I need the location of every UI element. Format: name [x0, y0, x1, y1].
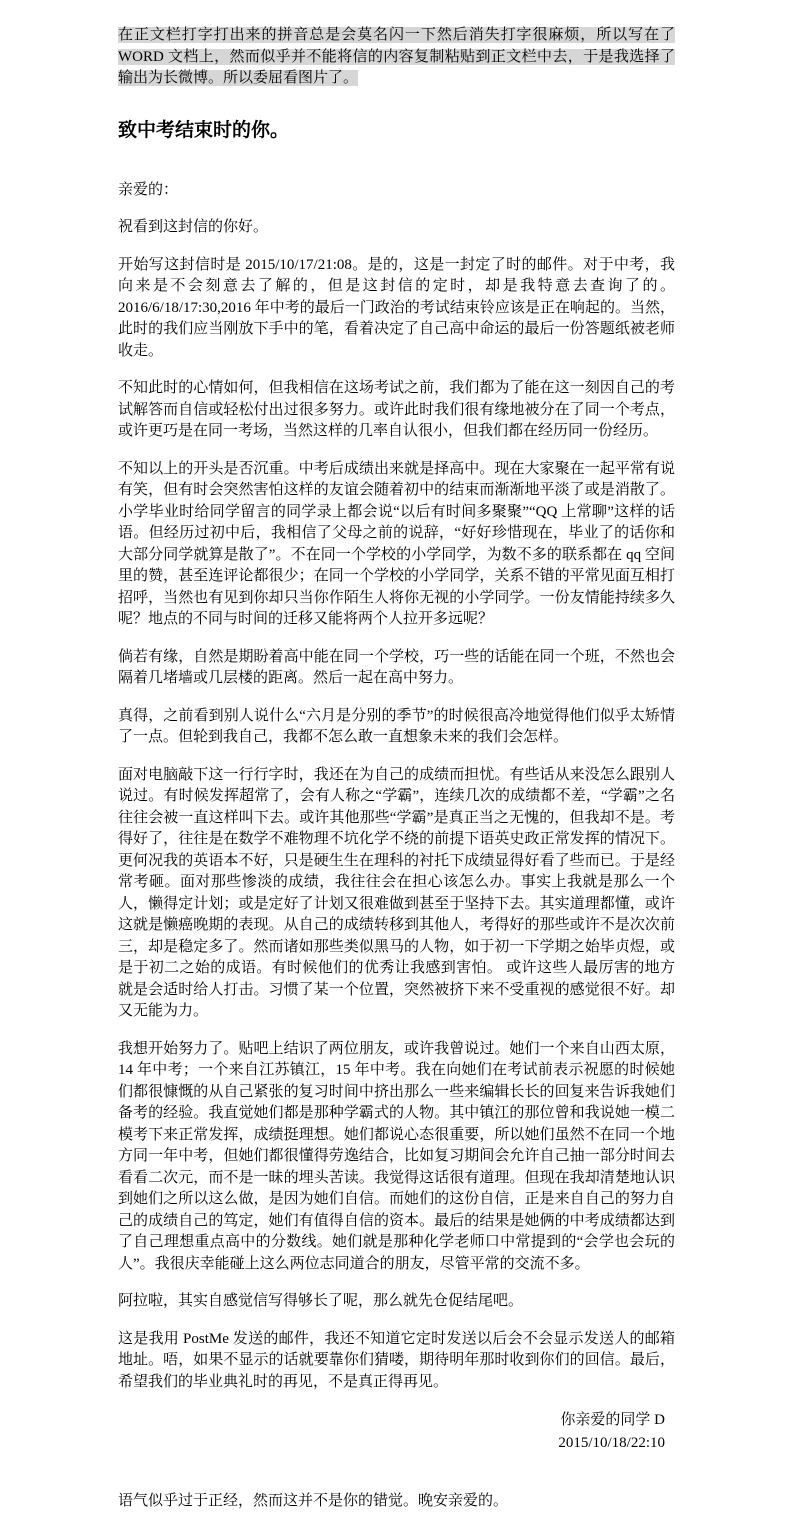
- letter-paragraph-wrap-up: 阿拉啦，其实自感觉信写得够长了呢，那么就先仓促结尾吧。: [118, 1291, 675, 1313]
- intro-note-text: 在正文栏打字打出来的拼音总是会莫名闪一下然后消失打字很麻烦，所以写在了 WORD…: [118, 27, 675, 86]
- letter-paragraph-postme-closing: 这是我用 PostMe 发送的邮件，我还不知道它定时发送以后会不会显示发送人的邮…: [118, 1329, 675, 1394]
- signature: 你亲爱的同学 D 2015/10/18/22:10: [118, 1409, 665, 1455]
- intro-note: 在正文栏打字打出来的拼音总是会莫名闪一下然后消失打字很麻烦，所以写在了 WORD…: [118, 25, 675, 90]
- postscript: 语气似乎过于正经，然而这并不是你的错觉。晚安亲爱的。: [118, 1491, 675, 1513]
- letter-paragraph-friendship: 不知以上的开头是否沉重。中考后成绩出来就是择高中。现在大家聚在一起平常有说有笑，…: [118, 459, 675, 631]
- letter-page: 在正文栏打字打出来的拼音总是会莫名闪一下然后消失打字很麻烦，所以写在了 WORD…: [0, 0, 793, 1515]
- letter-paragraph-two-friends: 我想开始努力了。贴吧上结识了两位朋友，或许我曾说过。她们一个来自山西太原，14 …: [118, 1039, 675, 1276]
- letter-paragraph-grades-worry: 面对电脑敲下这一行行字时，我还在为自己的成绩而担忧。有些话从来没怎么跟别人说过。…: [118, 765, 675, 1023]
- letter-paragraph-same-school-hope: 倘若有缘，自然是期盼着高中能在同一个学校，巧一些的话能在同一个班，不然也会隔着几…: [118, 647, 675, 690]
- letter-paragraph-exam-feelings: 不知此时的心情如何，但我相信在这场考试之前，我们都为了能在这一刻因自己的考试解答…: [118, 378, 675, 443]
- letter-title: 致中考结束时的你。: [118, 118, 675, 144]
- salutation: 亲爱的：: [118, 180, 675, 202]
- signature-name: 你亲爱的同学 D: [118, 1409, 665, 1432]
- letter-paragraph-opening-timestamp: 开始写这封信时是 2015/10/17/21:08。是的，这是一封定了时的邮件。…: [118, 255, 675, 363]
- greeting: 祝看到这封信的你好。: [118, 217, 675, 239]
- letter-paragraph-june-separation: 真得，之前看到别人说什么“六月是分别的季节”的时候很高冷地觉得他们似乎太矫情了一…: [118, 706, 675, 749]
- signature-date: 2015/10/18/22:10: [118, 1432, 665, 1455]
